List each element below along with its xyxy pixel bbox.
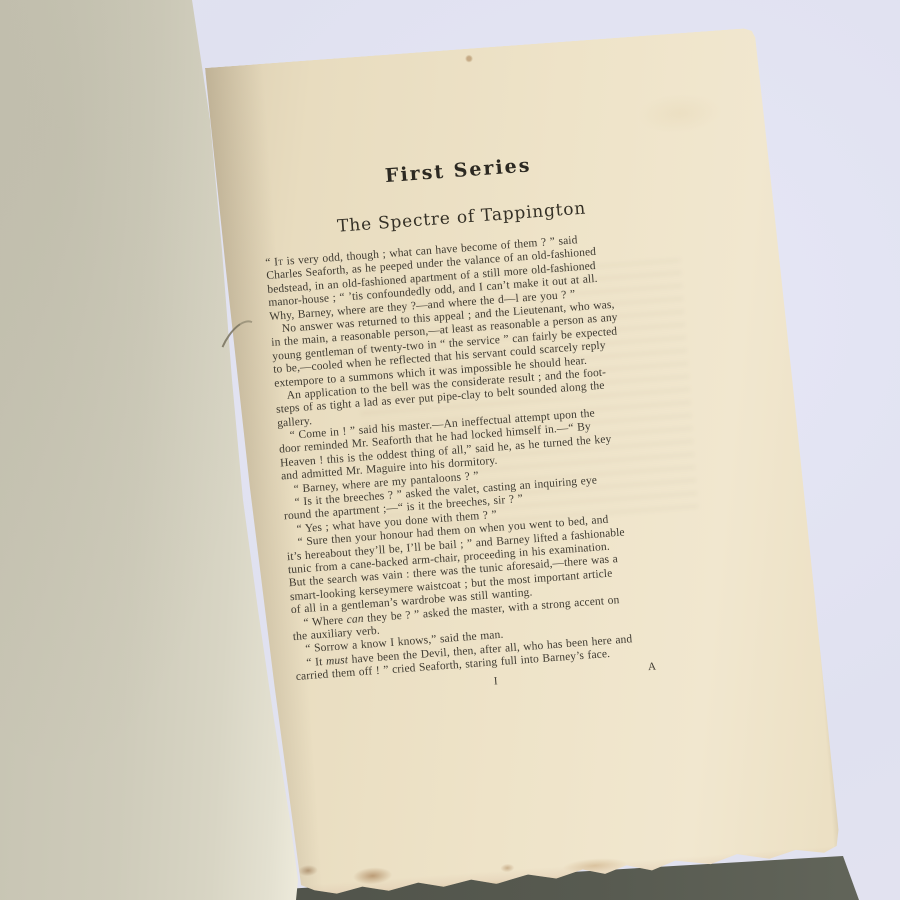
- printed-text-block: First Series The Spectre of Tappington “…: [259, 145, 695, 703]
- body-text: “ It is very odd, though ; what can have…: [265, 228, 693, 684]
- series-heading: First Series: [259, 145, 658, 196]
- book-right-page: First Series The Spectre of Tappington “…: [205, 25, 847, 900]
- page-number: I: [493, 675, 498, 687]
- book-photo: First Series The Spectre of Tappington “…: [0, 0, 900, 900]
- signature-mark: A: [648, 660, 657, 673]
